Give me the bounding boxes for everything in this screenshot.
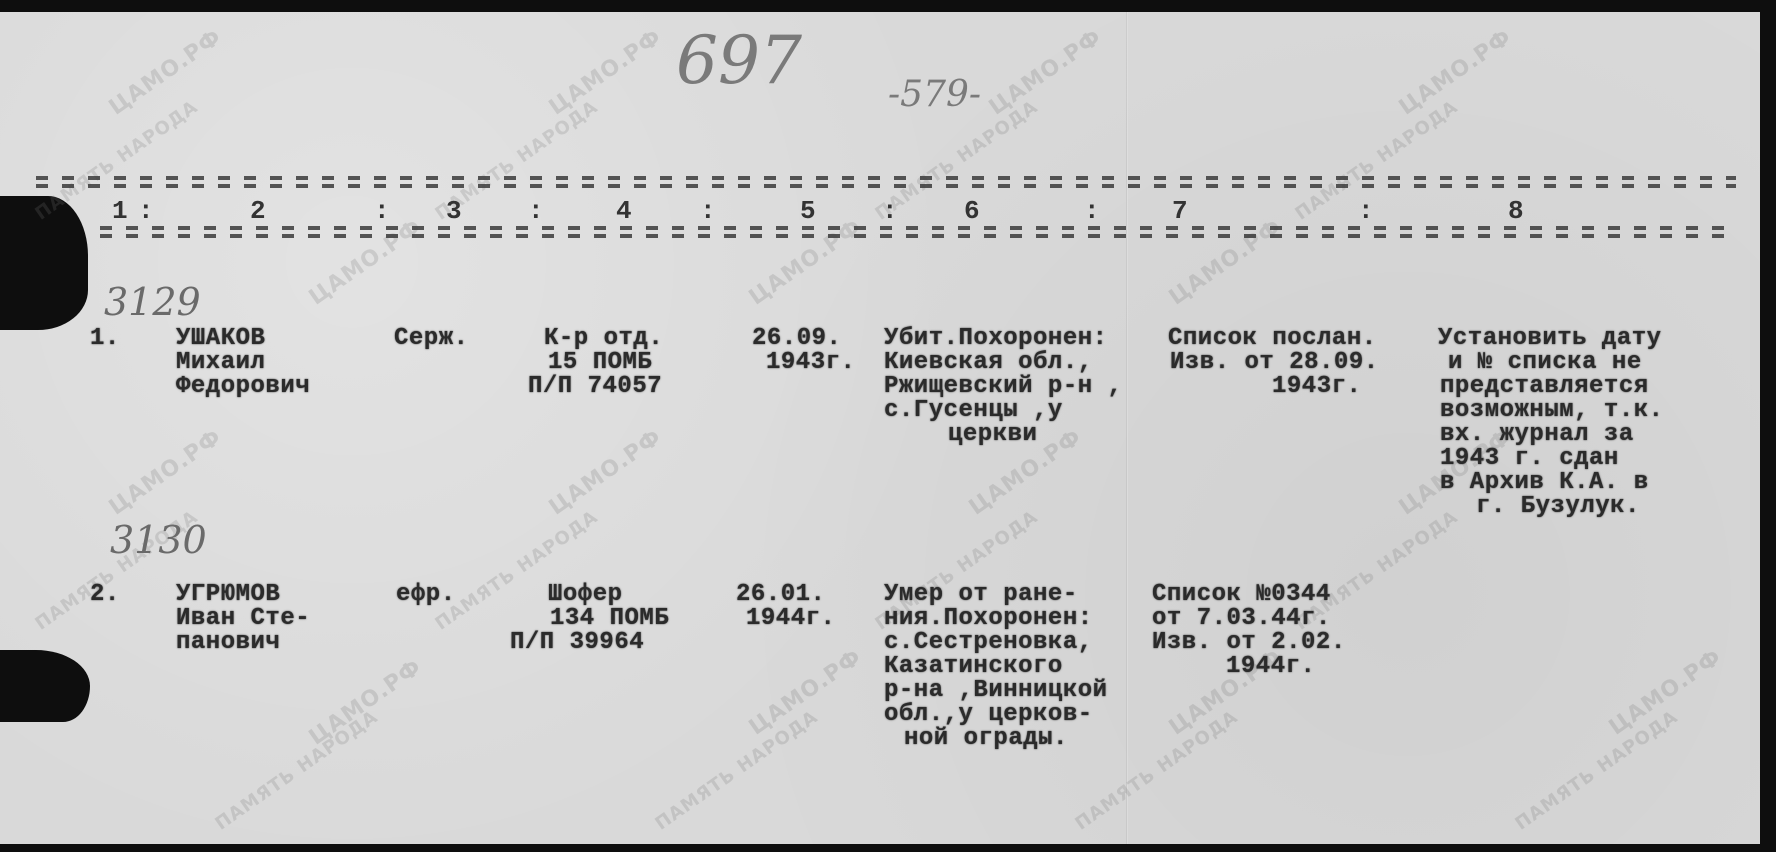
column-separator: : — [374, 196, 390, 226]
column-number: 8 — [1508, 196, 1524, 226]
header-rule-top — [36, 176, 1736, 188]
sheet-number-handwritten: -579- — [888, 74, 981, 115]
record-rank: Серж. — [394, 326, 469, 352]
record-id-handwritten: 3129 — [104, 280, 201, 324]
column-number: 1 — [112, 196, 128, 226]
column-number: 2 — [250, 196, 266, 226]
column-number: 4 — [616, 196, 632, 226]
paper-fold — [1126, 12, 1128, 844]
record-number: 1. — [90, 326, 120, 352]
column-separator: : — [138, 196, 154, 226]
column-separator: : — [1358, 196, 1374, 226]
torn-edge-top — [0, 196, 88, 330]
record-number: 2. — [90, 582, 120, 608]
record-rank: ефр. — [396, 582, 456, 608]
column-separator: : — [700, 196, 716, 226]
column-separator: : — [1084, 196, 1100, 226]
header-rule-bottom — [100, 226, 1736, 238]
column-separator: : — [882, 196, 898, 226]
archive-number-handwritten: 697 — [676, 22, 802, 99]
column-number: 5 — [800, 196, 816, 226]
column-number: 3 — [446, 196, 462, 226]
column-separator: : — [528, 196, 544, 226]
record-id-handwritten: 3130 — [110, 518, 207, 562]
column-number: 6 — [964, 196, 980, 226]
column-number: 7 — [1172, 196, 1188, 226]
